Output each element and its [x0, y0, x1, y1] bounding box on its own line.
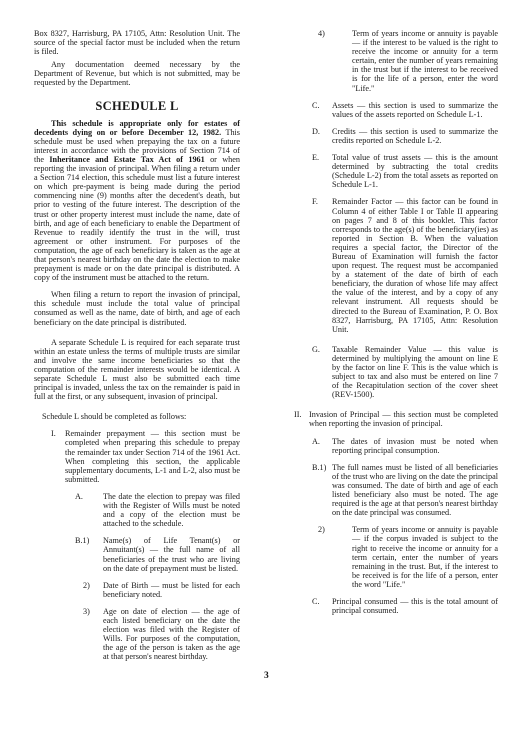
item-text: Assets — this section is used to summari…: [332, 101, 498, 119]
item-d-credits: D. Credits — this section is used to sum…: [312, 127, 498, 145]
item-label: B.1): [312, 463, 326, 472]
item-label: 2): [83, 581, 90, 590]
page-title: SCHEDULE L: [34, 99, 240, 113]
item-b2-date-of-birth: 2) Date of Birth — must be listed for ea…: [83, 581, 240, 599]
item-label: D.: [312, 127, 320, 136]
item-label: 4): [318, 29, 325, 38]
item-text: The date the election to prepay was file…: [103, 492, 240, 528]
schedule-l-description: This schedule is appropriate only for es…: [34, 119, 240, 283]
item-text: Total value of trust assets — this is th…: [332, 153, 498, 189]
item-b4-term-of-years: 4) Term of years income or annuity is pa…: [332, 29, 498, 93]
item-label: G.: [312, 345, 320, 354]
document-page: Box 8327, Harrisburg, PA 17105, Attn: Re…: [0, 0, 530, 749]
description-text-b: or when reporting the invasion of princi…: [34, 155, 240, 282]
applicability-notice: This schedule is appropriate only for es…: [34, 119, 240, 137]
item-ii-c-principal-consumed: C. Principal consumed — this is the tota…: [312, 597, 498, 615]
item-ii-b2-term-of-years: 2) Term of years income or annuity is pa…: [332, 525, 498, 589]
left-column: Box 8327, Harrisburg, PA 17105, Attn: Re…: [34, 29, 240, 661]
item-ii-b1-beneficiary-names: B.1) The full names must be listed of al…: [312, 463, 498, 518]
item-text: Name(s) of Life Tenant(s) or Annuitant(s…: [103, 536, 240, 572]
item-a-election-date: A. The date the election to prepay was f…: [75, 492, 240, 528]
item-label: C.: [312, 597, 320, 606]
item-text: Term of years income or annuity is payab…: [352, 525, 498, 589]
item-label: C.: [312, 101, 320, 110]
item-label: 2): [318, 525, 325, 534]
intro-paragraph-2: Any documentation deemed necessary by th…: [34, 60, 240, 87]
act-name: Inheritance and Estate Tax Act of 1961: [49, 155, 204, 164]
right-column: 4) Term of years income or annuity is pa…: [332, 0, 498, 615]
section-text: Remainder prepayment — this section must…: [65, 429, 240, 483]
item-text: Principal consumed — this is the total a…: [332, 597, 498, 615]
section-label: II.: [294, 410, 302, 419]
item-text: The dates of invasion must be noted when…: [332, 437, 498, 455]
intro-paragraph-1: Box 8327, Harrisburg, PA 17105, Attn: Re…: [34, 29, 240, 56]
item-label: A.: [312, 437, 320, 446]
item-label: E.: [312, 153, 319, 162]
item-b3-age-on-election: 3) Age on date of election — the age of …: [83, 607, 240, 662]
item-label: A.: [75, 492, 83, 501]
section-ii-invasion-of-principal: II. Invasion of Principal — this section…: [294, 410, 498, 428]
item-text: Taxable Remainder Value — this value is …: [332, 345, 498, 399]
item-text: Age on date of election — the age of eac…: [103, 607, 240, 661]
item-c-assets: C. Assets — this section is used to summ…: [312, 101, 498, 119]
item-text: The full names must be listed of all ben…: [332, 463, 498, 517]
item-label: 3): [83, 607, 90, 616]
item-label: B.1): [75, 536, 89, 545]
page-number: 3: [264, 672, 269, 681]
invasion-paragraph: When filing a return to report the invas…: [34, 290, 240, 326]
item-text: Date of Birth — must be listed for each …: [103, 581, 240, 599]
item-label: F.: [312, 197, 318, 206]
section-text: Invasion of Principal — this section mus…: [309, 410, 498, 428]
item-text: Credits — this section is used to summar…: [332, 127, 498, 145]
item-f-remainder-factor: F. Remainder Factor — this factor can be…: [312, 197, 498, 333]
item-b1-life-tenants: B.1) Name(s) of Life Tenant(s) or Annuit…: [75, 536, 240, 572]
item-ii-a-invasion-dates: A. The dates of invasion must be noted w…: [312, 437, 498, 455]
item-text: Term of years income or annuity is payab…: [352, 29, 498, 93]
item-e-total-value: E. Total value of trust assets — this is…: [312, 153, 498, 189]
item-text: Remainder Factor — this factor can be fo…: [332, 197, 498, 333]
separate-schedule-paragraph: A separate Schedule L is required for ea…: [34, 338, 240, 402]
section-label: I.: [51, 429, 56, 438]
section-i-remainder-prepayment: I. Remainder prepayment — this section m…: [34, 429, 240, 484]
completion-instructions-intro: Schedule L should be completed as follow…: [34, 412, 240, 421]
item-g-taxable-remainder: G. Taxable Remainder Value — this value …: [312, 345, 498, 400]
